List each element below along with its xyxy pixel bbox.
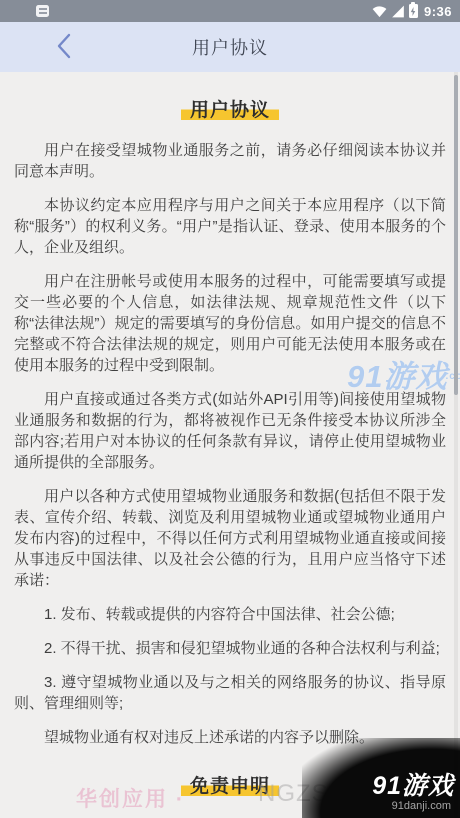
agreement-section-title: 用户协议	[14, 98, 446, 124]
nav-bar: 用户协议	[0, 22, 460, 72]
watermark-91games-text: 91游戏	[347, 359, 447, 394]
watermark-91games-logo: 91游戏.com	[347, 360, 460, 394]
agreement-list-item: 3. 遵守望城物业通以及与之相关的网络服务的协议、指导原则、管理细则等;	[14, 672, 446, 714]
chevron-left-icon	[56, 33, 72, 62]
watermark-huachuang-text: 华创应用 ·	[76, 783, 185, 813]
status-bar-left	[8, 5, 49, 17]
agreement-paragraph: 用户直接或通过各类方式(如站外API引用等)间接使用望城物业通服务和数据的行为，…	[14, 389, 446, 473]
wifi-icon	[372, 5, 387, 18]
agreement-paragraph: 本协议约定本应用程序与用户之间关于本应用程序（以下简称“服务”）的权利义务。“用…	[14, 195, 446, 258]
notification-icon	[36, 5, 49, 17]
highlighted-title-text: 用户协议	[181, 100, 279, 121]
status-bar-right: 9:36	[372, 4, 452, 19]
watermark-corner-site: 91danji.com	[392, 800, 451, 812]
status-bar: 9:36	[0, 0, 460, 22]
agreement-paragraph: 用户以各种方式使用望城物业通服务和数据(包括但不限于发表、宣传介绍、转载、浏览及…	[14, 486, 446, 591]
agreement-list-item: 1. 发布、转载或提供的内容符合中国法律、社会公德;	[14, 604, 446, 625]
scrollbar-thumb[interactable]	[454, 75, 458, 395]
watermark-corner-logo: 91游戏	[372, 774, 454, 799]
battery-charging-icon	[409, 4, 418, 18]
status-bar-clock: 9:36	[424, 4, 452, 19]
agreement-content[interactable]: 用户协议 用户在接受望城物业通服务之前，请务必仔细阅读本协议并同意本声明。 本协…	[0, 72, 460, 818]
back-button[interactable]	[46, 30, 82, 64]
agreement-paragraph: 用户在接受望城物业通服务之前，请务必仔细阅读本协议并同意本声明。	[14, 140, 446, 182]
cellular-signal-icon	[391, 5, 405, 18]
watermark-corner-badge: 91游戏 91danji.com	[302, 738, 460, 818]
agreement-list-item: 2. 不得干扰、损害和侵犯望城物业通的各种合法权利与利益;	[14, 638, 446, 659]
app-screen: 9:36 用户协议 用户协议 用户在接受望城物业通服务之前，请务必仔细阅读本协议…	[0, 0, 460, 818]
